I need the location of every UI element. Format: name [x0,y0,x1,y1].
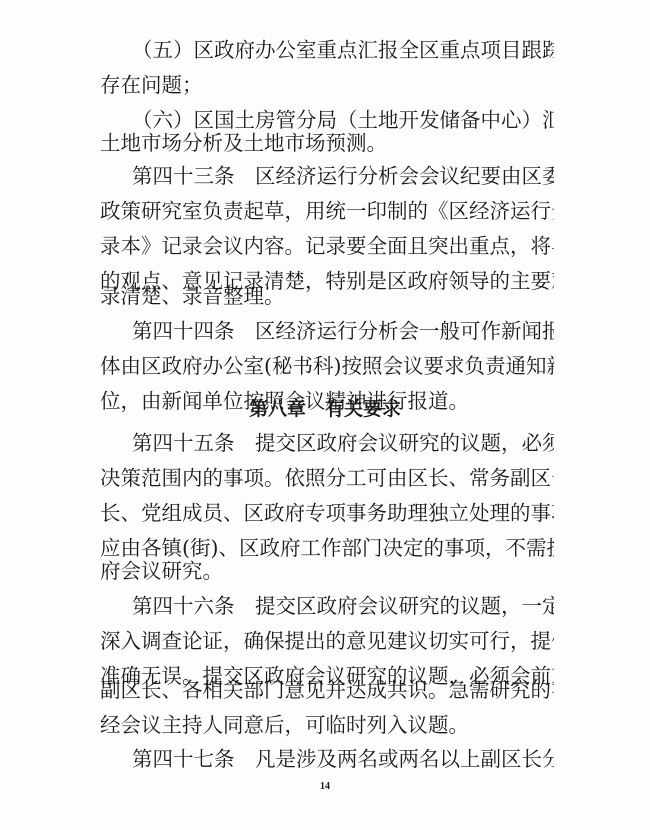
article-46-line-4: 副区长、各相关部门意见并达成共识。急需研究的事项，报 [100,677,554,703]
article-46-line-1: 第四十六条 提交区政府会议研究的议题，一定要经过 [132,593,554,619]
item-5-line-1: （五）区政府办公室重点汇报全区重点项目跟踪情况及 [132,37,554,63]
item-6-line-2: 土地市场分析及土地市场预测。 [100,130,554,156]
article-43-line-1: 第四十三条 区经济运行分析会会议纪要由区委区府办 [132,163,554,189]
document-page: （五）区政府办公室重点汇报全区重点项目跟踪情况及 存在问题； （六）区国土房管分… [0,0,650,830]
item-5-line-2: 存在问题； [100,72,554,98]
article-46-line-2: 深入调查论证，确保提出的意见建议切实可行，提供的依据 [100,628,554,654]
article-44-line-2: 体由区政府办公室(秘书科)按照会议要求负责通知新闻单 [100,353,554,379]
article-44-line-1: 第四十四条 区经济运行分析会一般可作新闻报道，具 [132,318,554,344]
article-43-line-3: 录本》记录会议内容。记录要全面且突出重点，将与会人员 [100,233,554,259]
chapter-8-heading: 第八章 有关要求 [0,396,650,422]
article-45-line-2: 决策范围内的事项。依照分工可由区长、常务副区长、副区 [100,465,554,491]
article-46-line-5: 经会议主持人同意后，可临时列入议题。 [100,712,554,738]
article-45-line-5: 府会议研究。 [100,558,554,584]
article-45-line-3: 长、党组成员、区政府专项事务助理独立处理的事项和依法 [100,500,554,526]
article-43-line-5: 录清楚、录音整理。 [100,283,554,309]
page-number: 14 [0,781,650,792]
article-43-line-2: 政策研究室负责起草，用统一印制的《区经济运行分析会记 [100,198,554,224]
article-45-line-1: 第四十五条 提交区政府会议研究的议题，必须是议事 [132,430,554,456]
article-47-line-1: 第四十七条 凡是涉及两名或两名以上副区长分管线的 [132,746,554,772]
